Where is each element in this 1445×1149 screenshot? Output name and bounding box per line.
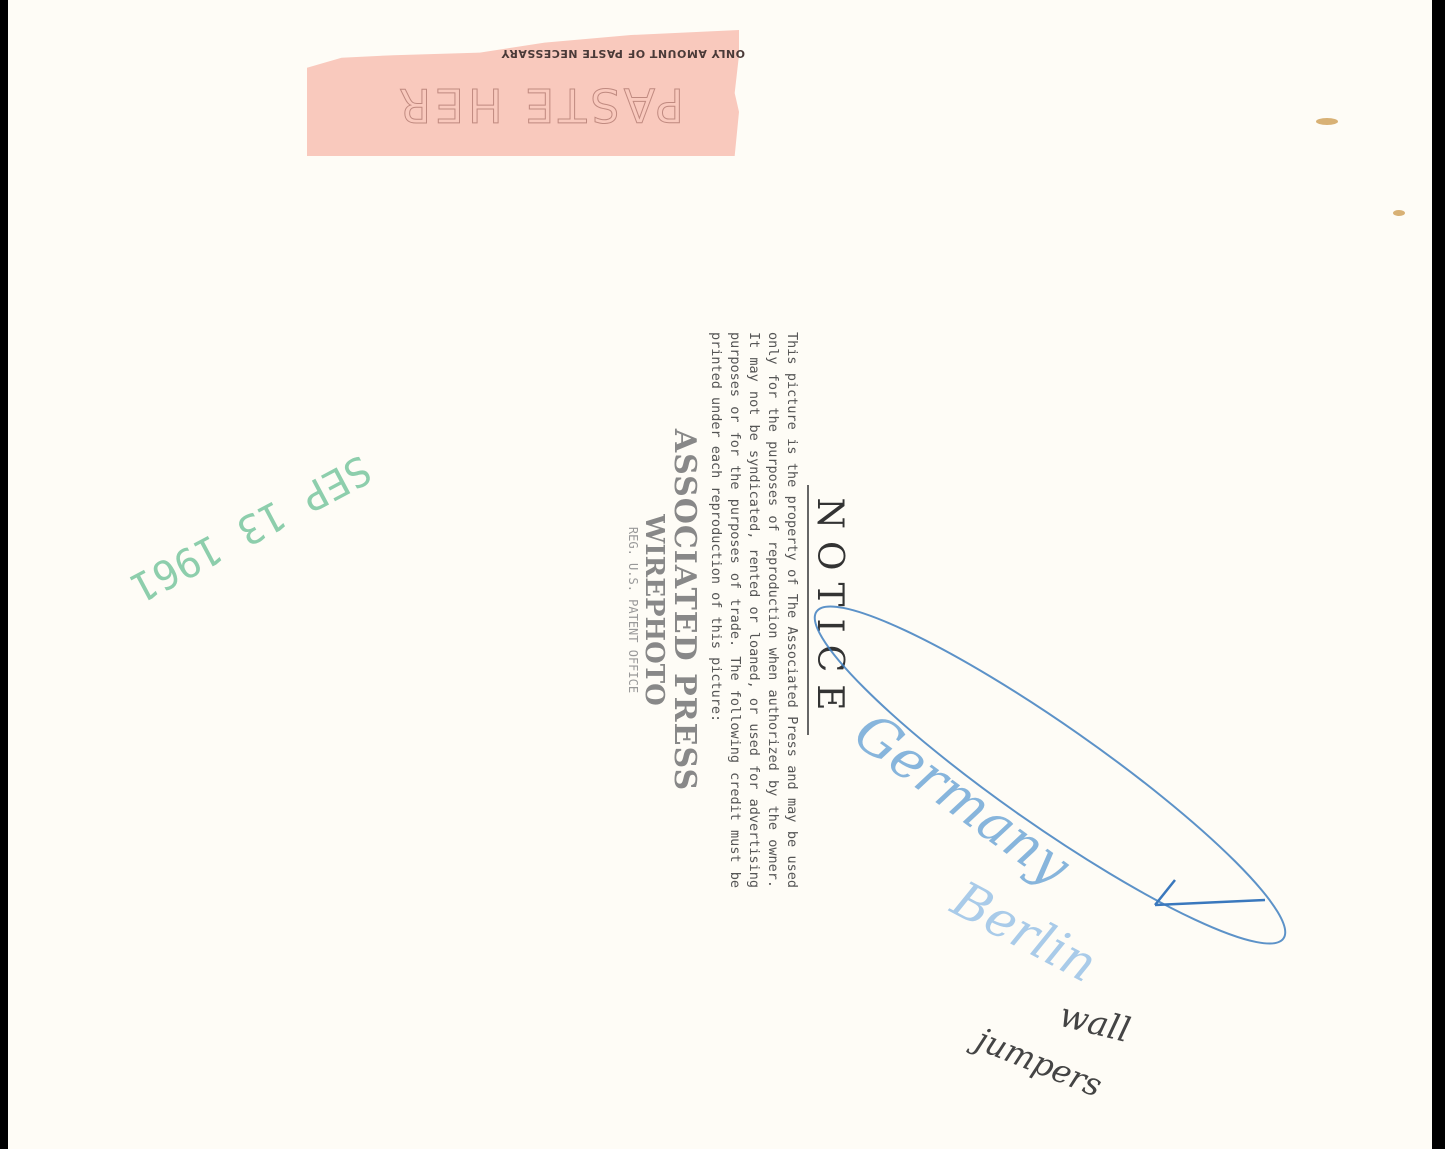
paste-here-text: PASTE HER <box>395 78 684 132</box>
notice-registration: REG. U.S. PATENT OFFICE <box>626 310 640 910</box>
notice-body: This picture is the property of The Asso… <box>706 310 801 910</box>
notice-credit-wirephoto: WIREPHOTO <box>640 310 668 910</box>
paste-instruction-text: ONLY AMOUNT OF PASTE NECESSARY <box>455 47 745 60</box>
stain-spot <box>1393 210 1405 216</box>
stain-spot <box>1316 118 1338 125</box>
notice-credit-ap: ASSOCIATED PRESS <box>668 310 700 910</box>
notice-title: NOTICE <box>807 485 850 735</box>
ap-notice-stamp: NOTICE This picture is the property of T… <box>590 310 850 910</box>
